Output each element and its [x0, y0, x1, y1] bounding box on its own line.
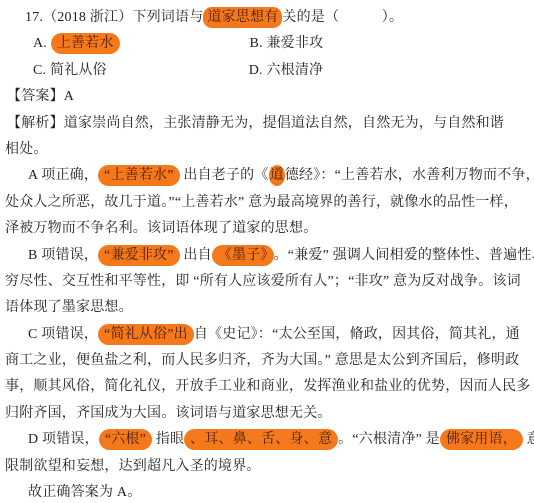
- text-line: 【解析】道家崇尚自然，主张清静无为，提倡道法自然，自然无为，与自然和谐: [5, 111, 530, 137]
- text-line: 【答案】A: [5, 84, 530, 110]
- orange-highlighter-mark: 、耳、鼻、舌、身、意: [184, 429, 338, 450]
- text-segment: 泽被万物而不争名利。该词语体现了道家的思想。: [5, 221, 317, 236]
- text-line: B 项错误，“兼爱非攻” 出自《墨子》。“兼爱” 强调人间相爱的整体性、普遍性、: [5, 243, 530, 269]
- text-segment: 17.（2018 浙江）下列词语与: [25, 10, 203, 25]
- text-line: 限制欲望和妄想，达到超凡入圣的境界。: [5, 454, 530, 480]
- text-line: 归附齐国，齐国成为大国。该词语与道家思想无关。: [5, 401, 530, 427]
- orange-highlighter-mark: 佛家用语，: [440, 429, 523, 450]
- orange-highlighter-mark: “兼爱非攻”: [98, 245, 180, 266]
- text-segment: C. 简礼从俗: [33, 63, 107, 78]
- document-page: 17.（2018 浙江）下列词语与道家思想有关的是（ ）。A. 上善若水B. 兼…: [0, 0, 534, 503]
- text-segment: 商工之业，便鱼盐之利，而人民多归齐，齐为大国。” 意思是太公到齐国后，修明政: [5, 353, 519, 368]
- text-segment: D 项错误，: [28, 432, 99, 447]
- text-segment: 德经》：“上善若水，水善利万物而不争，: [285, 168, 534, 183]
- text-line: 相处。: [5, 137, 530, 163]
- text-segment: 意在: [523, 432, 534, 447]
- text-segment: 【答案】A: [7, 89, 74, 104]
- text-segment: C 项错误，: [28, 327, 98, 342]
- text-segment: 自《史记》：“太公至国，脩政，因其俗，简其礼，通: [194, 327, 520, 342]
- text-line: 穷尽性、交互性和平等性，即 “所有人应该爱所有人”；“非攻” 意为反对战争。该词: [5, 269, 530, 295]
- text-segment: 穷尽性、交互性和平等性，即 “所有人应该爱所有人”；“非攻” 意为反对战争。该词: [5, 274, 521, 289]
- text-segment: D. 六根清净: [249, 63, 324, 78]
- text-line: 泽被万物而不争名利。该词语体现了道家的思想。: [5, 216, 530, 242]
- text-segment: 【解析】道家崇尚自然，主张清静无为，提倡道法自然，自然无为，与自然和谐: [7, 116, 504, 131]
- orange-highlighter-mark: “简礼从俗”出: [98, 324, 194, 345]
- text-line: 处众人之所恶，故几于道。”“上善若水” 意为最高境界的善行，就像水的品性一样，: [5, 190, 530, 216]
- text-segment: B. 兼爱非攻: [250, 36, 324, 51]
- text-line: A 项正确，“上善若水” 出自老子的《道德经》：“上善若水，水善利万物而不争，: [5, 163, 530, 189]
- text-segment: 事，顺其风俗，简化礼仪，开放手工业和商业，发挥渔业和盐业的优势，因而人民多: [5, 379, 530, 394]
- text-segment: 语体现了墨家思想。: [5, 300, 133, 315]
- text-segment: A.: [33, 36, 51, 51]
- text-line: 语体现了墨家思想。: [5, 295, 530, 321]
- text-line: C 项错误，“简礼从俗”出自《史记》：“太公至国，脩政，因其俗，简其礼，通: [5, 322, 530, 348]
- text-line: C. 简礼从俗D. 六根清净: [5, 58, 530, 84]
- orange-highlighter-mark: 上善若水: [51, 33, 120, 54]
- orange-highlighter-mark: 道家思想有: [203, 7, 282, 28]
- text-segment: A 项正确，: [28, 168, 98, 183]
- text-segment: 处众人之所恶，故几于道。”“上善若水” 意为最高境界的善行，就像水的品性一样，: [5, 195, 518, 210]
- text-segment: 指眼: [152, 432, 184, 447]
- text-line: 故正确答案为 A。: [5, 480, 530, 503]
- orange-highlighter-mark: “上善若水”: [98, 165, 180, 186]
- document-lines: 17.（2018 浙江）下列词语与道家思想有关的是（ ）。A. 上善若水B. 兼…: [5, 5, 530, 503]
- text-segment: 出自老子的《: [180, 168, 269, 183]
- text-line: A. 上善若水B. 兼爱非攻: [5, 31, 530, 57]
- orange-highlighter-mark: “六根”: [99, 429, 152, 450]
- orange-highlighter-mark: 《墨子》: [212, 245, 274, 266]
- text-segment: 限制欲望和妄想，达到超凡入圣的境界。: [5, 459, 261, 474]
- column-spacer: [120, 46, 250, 47]
- text-line: 事，顺其风俗，简化礼仪，开放手工业和商业，发挥渔业和盐业的优势，因而人民多: [5, 374, 530, 400]
- text-segment: 。“六根清净” 是: [338, 432, 440, 447]
- text-line: 17.（2018 浙江）下列词语与道家思想有关的是（ ）。: [5, 5, 530, 31]
- orange-highlighter-mark: 道: [269, 165, 285, 186]
- text-line: D 项错误，“六根” 指眼、耳、鼻、舌、身、意。“六根清净” 是佛家用语， 意在: [5, 427, 530, 453]
- text-segment: 出自: [180, 248, 212, 263]
- text-segment: 。“兼爱” 强调人间相爱的整体性、普遍性、: [274, 248, 534, 263]
- text-segment: 归附齐国，齐国成为大国。该词语与道家思想无关。: [5, 406, 332, 421]
- text-line: 商工之业，便鱼盐之利，而人民多归齐，齐为大国。” 意思是太公到齐国后，修明政: [5, 348, 530, 374]
- text-segment: 关的是（ ）。: [282, 10, 403, 25]
- text-segment: B 项错误，: [28, 248, 98, 263]
- column-spacer: [107, 73, 249, 74]
- text-segment: 故正确答案为 A。: [28, 485, 141, 500]
- text-segment: 相处。: [5, 142, 48, 157]
